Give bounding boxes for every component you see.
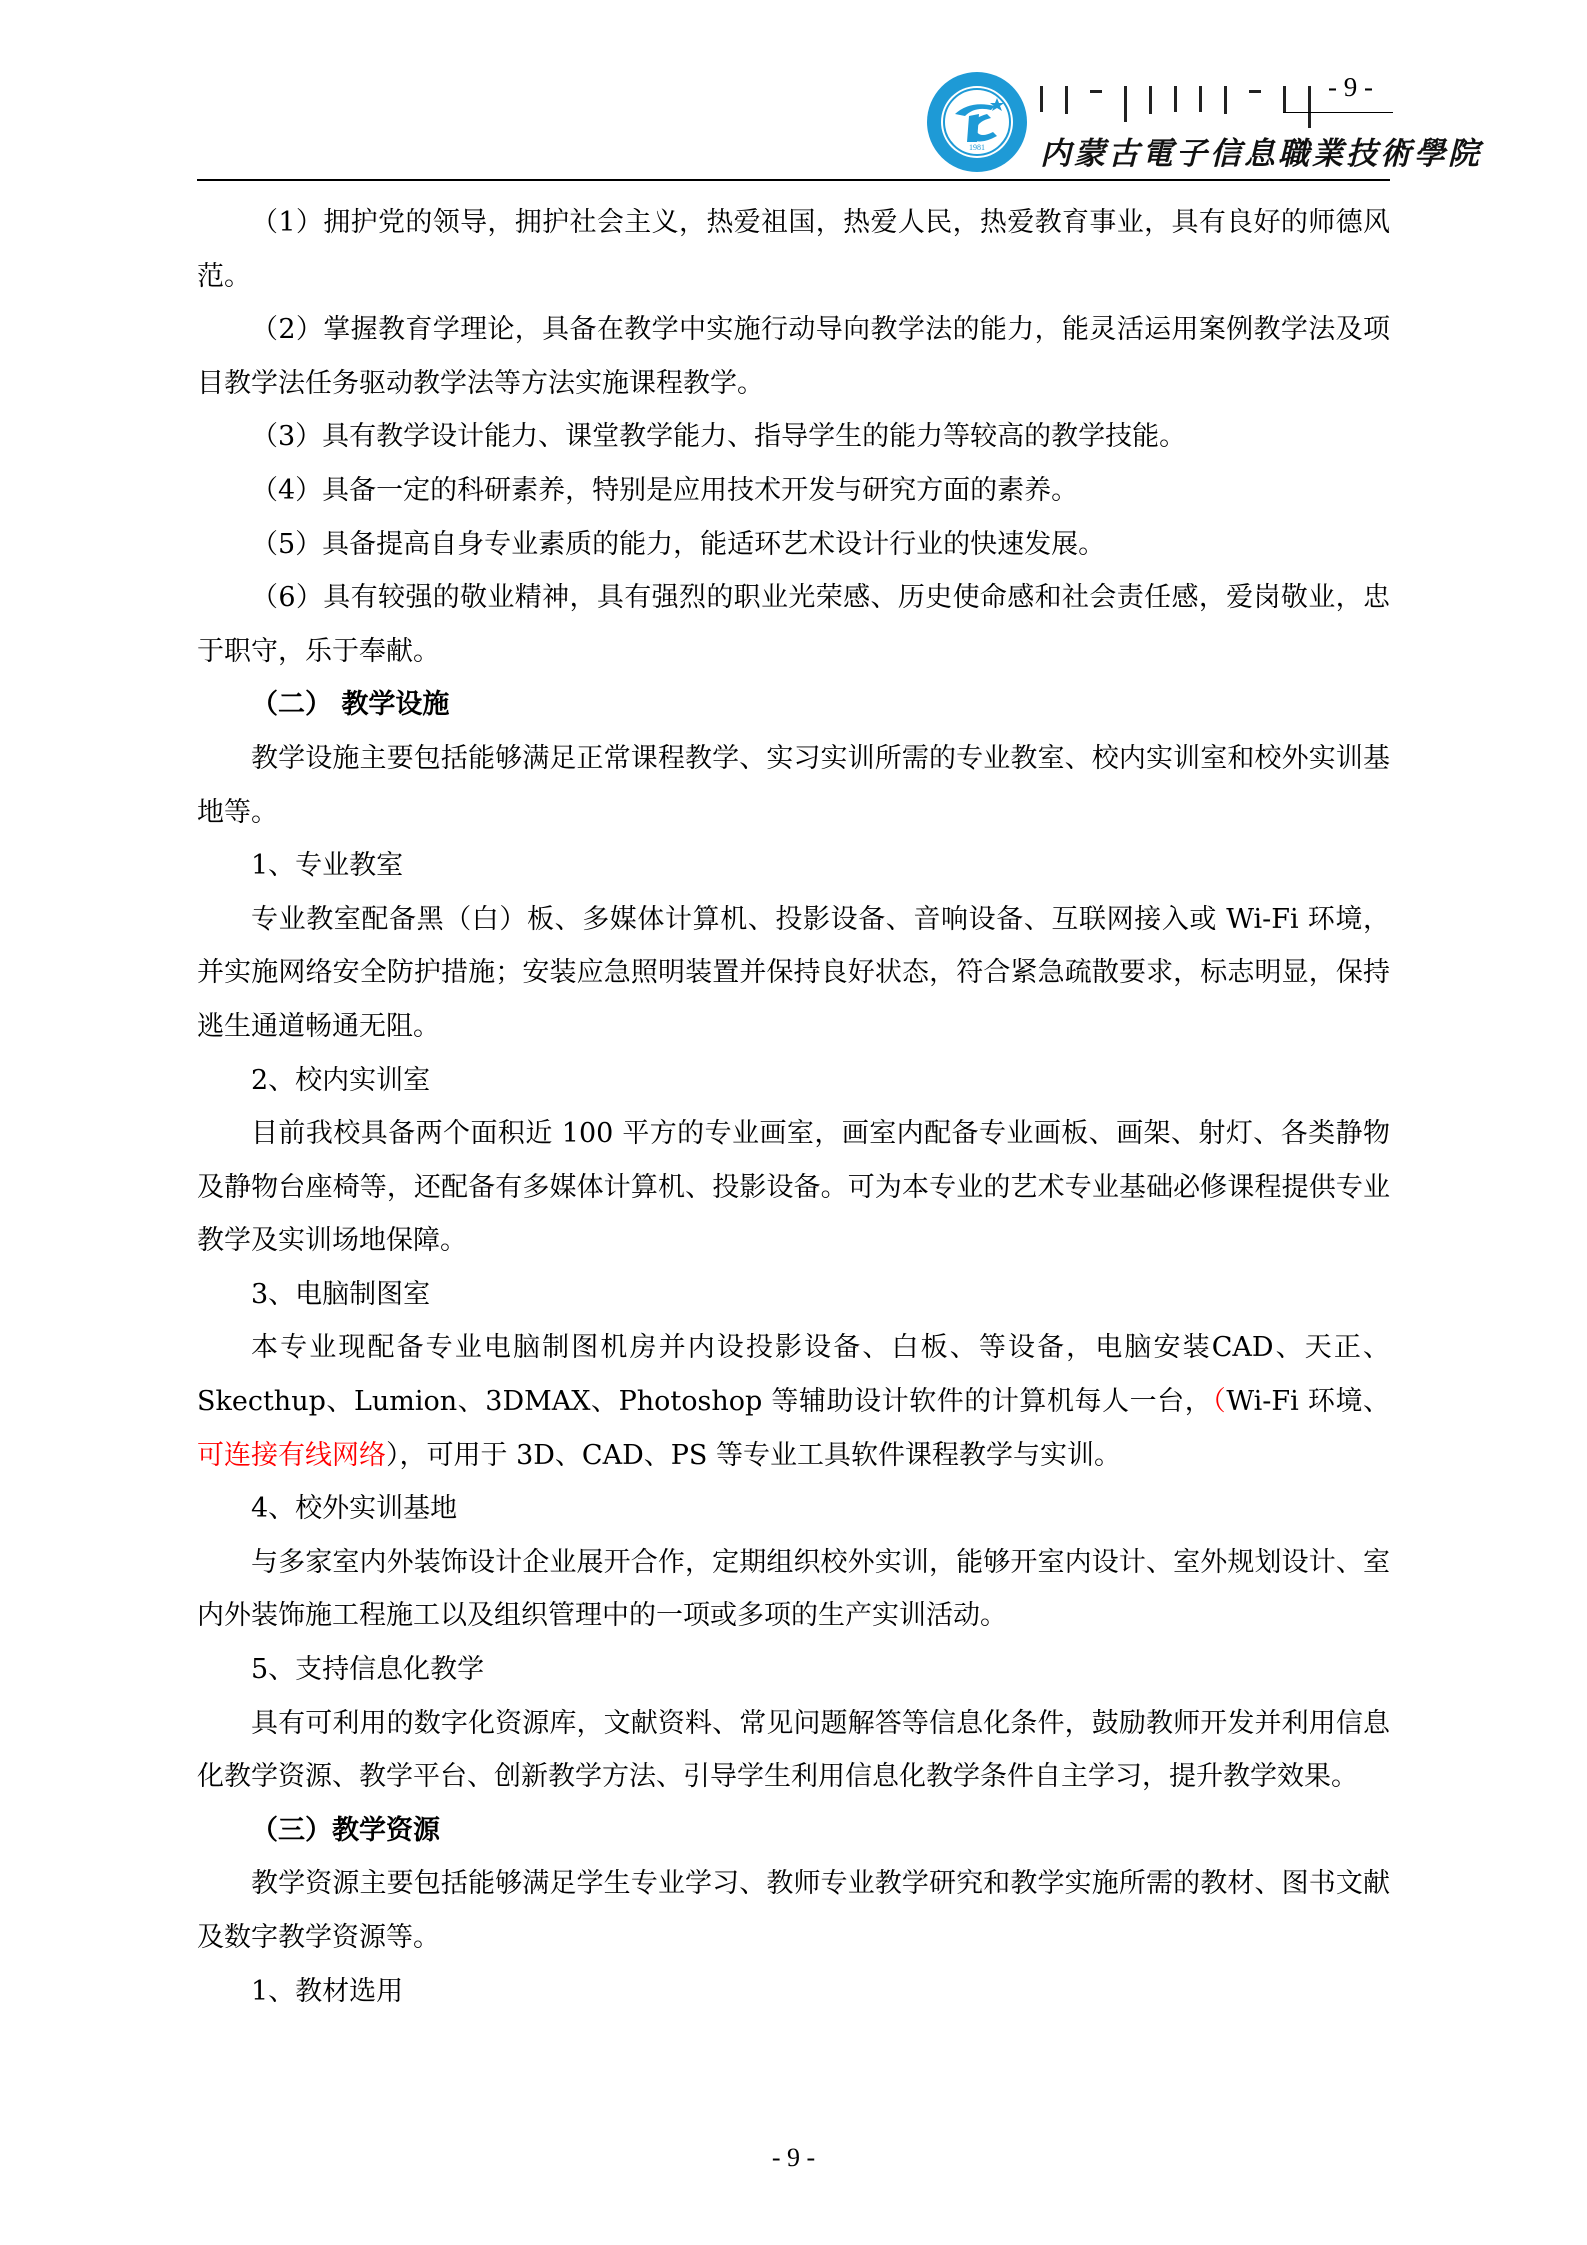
mongolian-glyph bbox=[1249, 90, 1261, 93]
svg-text:1981: 1981 bbox=[969, 143, 985, 152]
mongolian-glyph bbox=[1199, 86, 1202, 112]
school-logo-icon: 1981 bbox=[925, 70, 1029, 174]
paragraph-informatized-teaching: 具有可利用的数字化资源库，文献资料、常见问题解答等信息化条件，鼓励教师开发并利用… bbox=[197, 1697, 1390, 1804]
paragraph-requirement-2: （2）掌握教育学理论，具备在教学中实施行动导向教学法的能力，能灵活运用案例教学法… bbox=[197, 303, 1390, 410]
red-paren: （ bbox=[1212, 1386, 1226, 1417]
footer-page-number: - 9 - bbox=[0, 2143, 1587, 2173]
school-name: 内蒙古電子信息職業技術學院 bbox=[1040, 128, 1482, 173]
paragraph-requirement-3: （3）具有教学设计能力、课堂教学能力、指导学生的能力等较高的教学技能。 bbox=[197, 410, 1390, 464]
highlighted-text: 可连接有线网络 bbox=[197, 1440, 386, 1471]
paragraph-campus-training-room: 目前我校具备两个面积近 100 平方的专业画室，画室内配备专业画板、画架、射灯、… bbox=[197, 1107, 1390, 1268]
subheading-informatized-teaching: 5、支持信息化教学 bbox=[197, 1643, 1390, 1697]
paragraph-requirement-6: （6）具有较强的敬业精神，具有强烈的职业光荣感、历史使命感和社会责任感，爱岗敬业… bbox=[197, 571, 1390, 678]
mongolian-script-name bbox=[1040, 86, 1340, 126]
paragraph-computer-drafting-room: 本专业现配备专业电脑制图机房并内设投影设备、白板、等设备，电脑安装CAD、天正、… bbox=[197, 1321, 1390, 1482]
section-heading-teaching-resources: （三）教学资源 bbox=[197, 1804, 1390, 1858]
text-segment: Wi-Fi 环境、 bbox=[1226, 1386, 1390, 1417]
paragraph-offcampus-training-base: 与多家室内外装饰设计企业展开合作，定期组织校外实训，能够开室内设计、室外规划设计… bbox=[197, 1536, 1390, 1643]
subheading-campus-training-room: 2、校内实训室 bbox=[197, 1054, 1390, 1108]
mongolian-glyph bbox=[1040, 86, 1043, 112]
text-segment: ），可用于 3D、CAD、PS 等专业工具软件课程教学与实训。 bbox=[386, 1440, 1121, 1471]
mongolian-glyph bbox=[1174, 86, 1177, 112]
mongolian-glyph bbox=[1124, 86, 1127, 122]
mongolian-glyph bbox=[1065, 86, 1068, 114]
school-logo: 1981 bbox=[925, 70, 1029, 174]
header-rule bbox=[197, 179, 1390, 181]
paragraph-resources-intro: 教学资源主要包括能够满足学生专业学习、教师专业教学研究和教学实施所需的教材、图书… bbox=[197, 1857, 1390, 1964]
header-short-underline bbox=[1283, 112, 1393, 113]
subheading-computer-drafting-room: 3、电脑制图室 bbox=[197, 1268, 1390, 1322]
mongolian-glyph bbox=[1149, 86, 1152, 114]
mongolian-glyph bbox=[1090, 90, 1102, 93]
subheading-offcampus-training-base: 4、校外实训基地 bbox=[197, 1482, 1390, 1536]
paragraph-facilities-intro: 教学设施主要包括能够满足正常课程教学、实习实训所需的专业教室、校内实训室和校外实… bbox=[197, 732, 1390, 839]
mongolian-glyph bbox=[1283, 86, 1286, 112]
subheading-textbook-selection: 1、教材选用 bbox=[197, 1965, 1390, 2019]
header-page-number: - 9 - bbox=[1328, 72, 1373, 103]
paragraph-requirement-1: （1）拥护党的领导，拥护社会主义，热爱祖国，热爱人民，热爱教育事业，具有良好的师… bbox=[197, 196, 1390, 303]
mongolian-glyph bbox=[1308, 86, 1311, 128]
document-body: （1）拥护党的领导，拥护社会主义，热爱祖国，热爱人民，热爱教育事业，具有良好的师… bbox=[197, 196, 1390, 2018]
section-heading-teaching-facilities: （二） 教学设施 bbox=[197, 678, 1390, 732]
subheading-professional-classroom: 1、专业教室 bbox=[197, 839, 1390, 893]
mongolian-glyph bbox=[1224, 86, 1227, 114]
paragraph-professional-classroom: 专业教室配备黑（白）板、多媒体计算机、投影设备、音响设备、互联网接入或 Wi-F… bbox=[197, 893, 1390, 1054]
paragraph-requirement-4: （4）具备一定的科研素养，特别是应用技术开发与研究方面的素养。 bbox=[197, 464, 1390, 518]
paragraph-requirement-5: （5）具备提高自身专业素质的能力，能适环艺术设计行业的快速发展。 bbox=[197, 518, 1390, 572]
